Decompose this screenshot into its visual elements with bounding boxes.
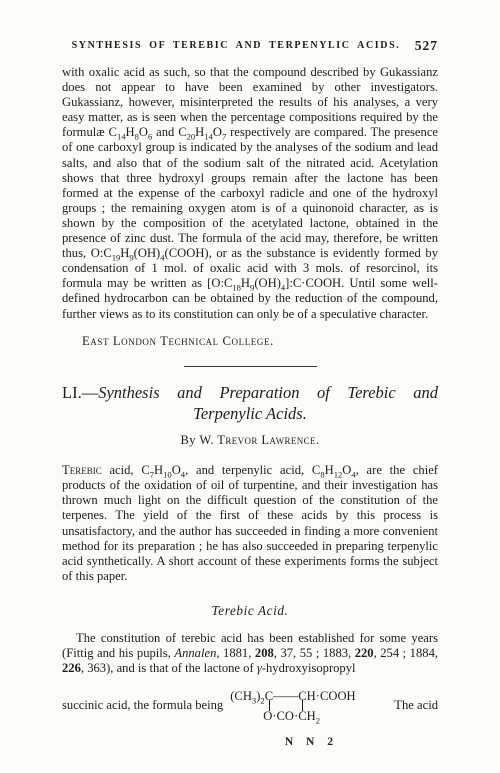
- section-divider-rule: [184, 366, 317, 367]
- byline: By W. Trevor Lawrence.: [62, 433, 438, 448]
- bond-line: [269, 700, 270, 711]
- page-number: 527: [415, 38, 438, 54]
- running-title: SYNTHESIS OF TEREBIC AND TERPENYLIC ACID…: [62, 40, 438, 51]
- terebic-acid-structural-formula: (CH3)2C——CH·COOH O·CO·CH2: [230, 689, 355, 723]
- printers-signature-mark: N N 2: [62, 736, 438, 748]
- intro-paragraph: Terebic acid, C7H10O4, and terpenylic ac…: [62, 463, 438, 584]
- article-title-line1: LI.—Synthesis and Preparation of Terebic…: [62, 382, 438, 403]
- section-heading-terebic-acid: Terebic Acid.: [62, 603, 438, 619]
- formula-bond-row: [230, 703, 355, 709]
- formula-line: succinic acid, the formula being (CH3)2C…: [62, 689, 438, 723]
- formula-trailing-text: The acid: [394, 698, 438, 713]
- article-title-line2: Terpenylic Acids.: [62, 403, 438, 424]
- affiliation-signature: East London Technical College.: [62, 334, 438, 349]
- formula-top-line: (CH3)2C——CH·COOH: [230, 689, 355, 703]
- formula-lead-text: succinic acid, the formula being: [62, 698, 223, 713]
- constitution-paragraph: The constitution of terebic acid has bee…: [62, 631, 438, 676]
- continuation-paragraph: with oxalic acid as such, so that the co…: [62, 65, 438, 322]
- journal-page: SYNTHESIS OF TEREBIC AND TERPENYLIC ACID…: [62, 0, 438, 748]
- article-title: LI.—Synthesis and Preparation of Terebic…: [62, 382, 438, 424]
- running-header: SYNTHESIS OF TEREBIC AND TERPENYLIC ACID…: [62, 0, 438, 56]
- bond-line: [302, 700, 303, 711]
- formula-bottom-line: O·CO·CH2: [230, 709, 355, 723]
